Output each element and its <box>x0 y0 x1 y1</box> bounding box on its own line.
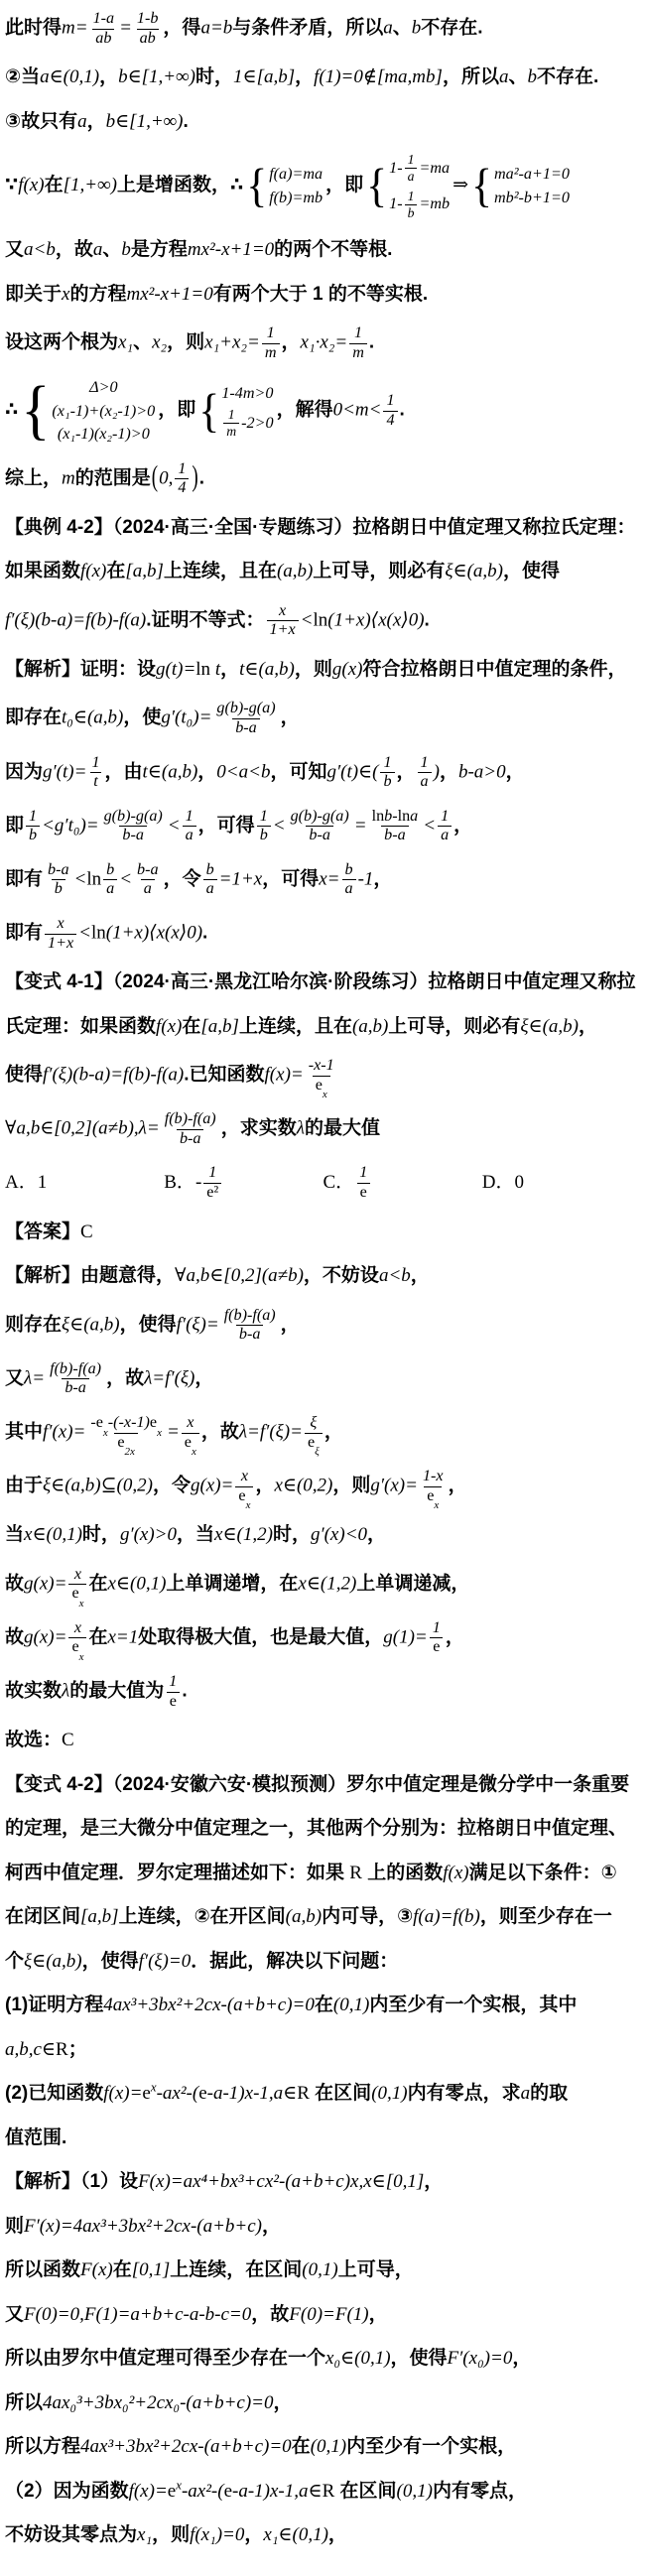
fraction-denominator: b-a <box>306 826 333 845</box>
text-run: 上可导， <box>338 2259 414 2280</box>
fraction-denominator: 4 <box>383 411 397 431</box>
fraction: 14 <box>383 392 397 430</box>
text-run: ， <box>197 761 216 782</box>
math-run: < <box>423 815 436 836</box>
problem-statement: 值范围. <box>5 2125 641 2153</box>
math-run: a <box>408 169 415 185</box>
math-run: F′(x)=4ax³+3bx²+2cx-(a+b+c) <box>24 2216 262 2237</box>
fraction-numerator: -x-1 <box>306 1057 337 1076</box>
text-run: 的定理，是三大微分中值定理之一，其他两个分别为：拉格朗日中值定理、 <box>5 1818 627 1839</box>
math-run: 1 <box>169 1673 177 1692</box>
cases-row: (x₁-1)+(x₂-1)>0 <box>52 402 155 421</box>
math-run: b <box>345 861 353 880</box>
math-run: < <box>74 868 87 889</box>
math-run: ξ∈(a,b)⊆(0,2) <box>43 1476 153 1496</box>
text-run: 所以 <box>5 2392 43 2413</box>
text-run: ∵ <box>5 175 18 195</box>
math-run: F(0)=0,F(1)=a+b+c-a-b-c=0 <box>24 2304 251 2325</box>
cases-group: {1-1a=ma1-1b=mb <box>366 152 450 220</box>
math-run: 1 <box>208 1164 216 1183</box>
text-run: 时， <box>195 66 233 87</box>
fraction-denominator: e <box>430 1637 443 1657</box>
text-run: . <box>184 111 189 132</box>
fraction-numerator: 1 <box>183 808 196 827</box>
text-run: 【典例 4-2】（2024·高三·全国·专题练习）拉格朗日中值定理又称拉氏定理： <box>5 517 636 538</box>
math-run: x <box>157 1427 162 1439</box>
math-run: g′(x)>0 <box>120 1524 177 1545</box>
solution-line: 不妨设其零点为x₁，则f(x₁)=0，x₁∈(0,1)， <box>5 2521 641 2550</box>
roman-run: e² <box>206 1184 218 1203</box>
fraction-denominator: ex <box>182 1433 199 1453</box>
fraction-numerator: 1 <box>257 808 271 827</box>
text-run: ，使得 <box>391 2348 448 2369</box>
math-run: =1+x <box>219 868 263 889</box>
math-run: b <box>527 66 537 87</box>
text-run: 当 <box>5 1524 24 1545</box>
problem-statement: (1)证明方程4ax³+3bx²+2cx-(a+b+c)=0在(0,1)内至少有… <box>5 1992 641 2020</box>
math-run: f(x) <box>80 561 106 581</box>
fraction: 1e <box>356 1164 370 1202</box>
fraction: 14 <box>175 460 189 498</box>
text-run: ， <box>449 1476 467 1496</box>
text-run: 在 <box>106 561 125 581</box>
math-run: [a,b] <box>80 1906 119 1927</box>
text-run: ， <box>367 1524 386 1545</box>
text-run: ， <box>281 1314 300 1335</box>
math-run: x₂ <box>152 332 167 353</box>
math-run: g′(t)∈( <box>326 761 378 782</box>
math-run: f′(ξ)= <box>177 1314 219 1335</box>
math-run: ∀a,b∈[0,2](a≠b),λ= <box>5 1118 160 1139</box>
math-run: x= <box>319 868 339 889</box>
math-run: 1 <box>441 808 449 827</box>
math-run: - <box>195 1169 201 1198</box>
math-run: x₁∈(0,1) <box>263 2524 328 2545</box>
fraction: b-ab <box>45 861 72 899</box>
problem-statement: 个ξ∈(a,b)，使得f′(ξ)=0．据此，解决以下问题： <box>5 1948 641 1977</box>
math-run: b <box>206 861 214 880</box>
text-run: 、 <box>393 17 412 38</box>
fraction-numerator: f(b)-f(a) <box>221 1307 279 1326</box>
text-run: 【变式 4-2】（2024·安徽六安·模拟预测）罗尔中值定理是微分学中一条重要 <box>5 1774 629 1795</box>
text-run: 内有零点， <box>433 2481 527 2502</box>
fraction-numerator: b <box>203 861 217 880</box>
fraction-numerator: b-a <box>45 861 72 880</box>
math-run: f(x)= <box>129 2481 168 2502</box>
cases-rows: 1-4m>01m-2>0 <box>221 384 273 440</box>
text-run: ； <box>68 2039 87 2060</box>
text-run: 又 <box>5 1367 24 1388</box>
math-run: a <box>410 808 418 827</box>
math-run: b <box>412 17 422 38</box>
math-run: a=b <box>200 17 232 38</box>
solution-line: 即关于x的方程mx²-x+1=0有两个大于 1 的不等实根. <box>5 281 641 310</box>
solution-line: 综上，m的范围是(0,14). <box>5 460 641 498</box>
fraction-numerator: g(b)-g(a) <box>213 700 278 718</box>
math-run: 1 <box>421 754 429 773</box>
math-run: g(1)= <box>383 1626 427 1647</box>
fraction: -x-1ex <box>306 1057 337 1095</box>
text-run: 则 <box>5 2216 24 2237</box>
math-run: 1+x <box>270 621 296 640</box>
math-run: a,b,c∈ <box>5 2039 56 2060</box>
solution-line: ∵f(x)在[1,+∞)上是增函数，∴{f(a)=maf(b)=mb，即{1-1… <box>5 152 641 220</box>
math-run: x <box>58 915 65 934</box>
cases-rows: 1-1a=ma1-1b=mb <box>389 152 450 220</box>
math-run: F(x)=ax⁴+bx³+cx²-(a+b+c)x,x∈[0,1] <box>138 2171 424 2192</box>
math-run: b-a>0 <box>458 761 506 782</box>
math-run: x₁·x₂= <box>301 332 348 353</box>
math-run: x <box>74 1619 81 1638</box>
cases-row: mb²-b+1=0 <box>494 189 570 207</box>
solution-line: 即1b<g′t₀)=g(b)-g(a)b-a<1a，可得1b<g(b)-g(a)… <box>5 808 641 845</box>
fraction-denominator: b <box>52 879 65 899</box>
fraction-denominator: 1+x <box>45 934 76 954</box>
fraction-numerator: ln b-ln a <box>369 808 422 827</box>
math-run: 4ax³+3bx²+2cx-(a+b+c)=0 <box>80 2436 292 2457</box>
math-run: 1 <box>186 808 194 827</box>
fraction: g(b)-g(a)b-a <box>288 808 352 845</box>
math-run: 4 <box>178 479 186 498</box>
fraction: ba <box>103 861 117 899</box>
cases-rows: ma²-a+1=0mb²-b+1=0 <box>494 165 570 207</box>
solution-line: 故实数λ的最大值为1e. <box>5 1673 641 1711</box>
fraction-numerator: 1 <box>88 754 102 773</box>
math-run: f(b)-f(a) <box>165 1110 216 1129</box>
fraction-numerator: g(b)-g(a) <box>288 808 352 827</box>
math-run: a <box>186 827 194 845</box>
text-run: 又 <box>5 239 24 260</box>
fraction-numerator: x <box>276 602 289 621</box>
math-run: m= <box>62 17 88 38</box>
text-run: ， <box>373 868 392 889</box>
text-run: ， <box>579 1016 597 1037</box>
math-run: ma²-a+1=0 <box>494 165 570 184</box>
fraction-denominator: m <box>262 343 280 363</box>
roman-run: C <box>80 1222 93 1242</box>
fraction-denominator: ab <box>137 29 159 49</box>
math-run: x∈(0,1) <box>24 1524 82 1545</box>
fraction-denominator: ex <box>424 1486 442 1506</box>
math-run: b <box>29 827 37 845</box>
math-run: b-a <box>180 1130 201 1149</box>
example-4-2-header: 【典例 4-2】（2024·高三·全国·专题练习）拉格朗日中值定理又称拉氏定理： <box>5 514 641 543</box>
text-run: ， <box>424 2171 443 2192</box>
fraction-numerator: x <box>71 1619 84 1638</box>
fraction-numerator: 1 <box>418 754 432 773</box>
math-run: m <box>265 344 277 363</box>
math-run: f(x₁)=0 <box>190 2524 244 2545</box>
solution-line: 即有x1+x<ln(1+x)⟨x(x⟩0). <box>5 915 641 953</box>
solution-line: 则F′(x)=4ax³+3bx²+2cx-(a+b+c)， <box>5 2213 641 2242</box>
fraction-numerator: 1 <box>26 808 40 827</box>
math-run: t <box>93 773 98 792</box>
text-run: ，则至少存在一 <box>480 1906 612 1927</box>
text-run: ②当 <box>5 66 40 87</box>
fraction-denominator: b-a <box>381 826 409 845</box>
text-run: 上连续，且在 <box>239 1016 352 1037</box>
fraction: g(b)-g(a)b-a <box>213 700 278 737</box>
option-D: D．0 <box>482 1169 641 1198</box>
text-run: 是方程 <box>131 239 188 260</box>
text-run: 符合拉格朗日中值定理的条件， <box>362 659 626 680</box>
text-run: 故 <box>5 1626 24 1647</box>
math-run: < <box>168 815 181 836</box>
fraction: f(b)-f(a)b-a <box>47 1360 104 1398</box>
text-run: 在闭区间 <box>5 1906 80 1927</box>
math-run: x₀∈(0,1) <box>325 2348 391 2369</box>
page: { "page": {"background": "#ffffff", "tex… <box>0 0 647 2576</box>
solution-line: 又F(0)=0,F(1)=a+b+c-a-b-c=0，故F(0)=F(1)， <box>5 2301 641 2330</box>
math-run: =ma <box>419 159 450 178</box>
math-run: 4ax₀³+3bx₀²+2cx₀-(a+b+c)=0 <box>43 2392 273 2413</box>
text-run: ，故 <box>201 1421 239 1442</box>
problem-statement: 如果函数f(x)在[a,b]上连续，且在(a,b)上可导，则必有ξ∈(a,b)，… <box>5 558 641 586</box>
math-run: λ=f′(ξ)= <box>239 1421 303 1442</box>
math-run: b∈[1,+∞) <box>106 111 184 132</box>
cases-group: {ma²-a+1=0mb²-b+1=0 <box>471 165 570 208</box>
fraction: 1a <box>418 754 432 792</box>
option-C: C．1e <box>323 1164 482 1202</box>
math-run: 1+x <box>48 935 73 954</box>
fraction: 1e <box>166 1673 180 1711</box>
fraction-numerator: 1 <box>264 324 278 343</box>
problem-statement: 使得f′(ξ)(b-a)=f(b)-f(a).已知函数f(x)=-x-1ex <box>5 1057 641 1095</box>
text-run: ，使 <box>123 708 161 728</box>
text-run: 的最大值为 <box>69 1681 164 1702</box>
text-run: 的范围是 <box>75 467 151 488</box>
solution-line: 即存在t₀∈(a,b)，使g′(t₀)=g(b)-g(a)b-a， <box>5 700 641 737</box>
math-run: g(b)-g(a) <box>291 808 349 827</box>
math-run: 0<m< <box>333 400 382 421</box>
math-run: x=1 <box>108 1626 139 1647</box>
math-run: 1 <box>267 324 275 343</box>
math-run: -1 <box>358 868 374 889</box>
text-run: 的最大值 <box>305 1118 380 1139</box>
fraction-numerator: x <box>55 915 67 934</box>
fraction-denominator: e2x <box>114 1433 138 1453</box>
fraction-denominator: ab <box>92 29 114 49</box>
solution-line: 故g(x)=xex在x=1处取得极大值，也是最大值，g(1)=1e， <box>5 1619 641 1657</box>
fraction-denominator: b <box>380 772 394 792</box>
math-run: t₀∈(a,b) <box>62 708 123 728</box>
fraction-denominator: a <box>203 879 217 899</box>
math-run: 1-x <box>423 1468 444 1486</box>
math-run: b-a <box>137 861 159 880</box>
math-run: 1 <box>408 152 415 168</box>
cases-row: (x₁-1)(x₂-1)>0 <box>58 425 150 444</box>
solution-line: 故g(x)=xex在x∈(0,1)上单调递增，在x∈(1,2)上单调递减， <box>5 1566 641 1604</box>
text-run: ，可得 <box>262 868 319 889</box>
text-run: 上连续，且在 <box>164 561 277 581</box>
text-run: 在 <box>45 175 64 195</box>
roman-run: ln <box>195 659 215 680</box>
fraction: 1-xex <box>420 1468 447 1505</box>
text-run: 有两个大于 1 的不等实根. <box>213 284 428 305</box>
fraction-denominator: a <box>103 879 117 899</box>
math-run: 4ax³+3bx²+2cx-(a+b+c)=0 <box>103 1995 315 2015</box>
math-run: ξ∈(a,b) <box>62 1314 120 1335</box>
roman-run: e <box>71 1585 78 1604</box>
fraction: xex <box>182 1414 199 1452</box>
math-run: a <box>93 239 103 260</box>
text-run: 、 <box>133 332 152 353</box>
fraction: 1a <box>405 152 418 185</box>
math-run: ⇒ <box>453 175 468 195</box>
fraction: 1-aab <box>90 10 118 48</box>
text-run: ，求实数 <box>221 1118 297 1139</box>
fraction-numerator: x <box>238 1468 251 1486</box>
left-brace: { <box>198 387 219 435</box>
text-run: 所以函数 <box>5 2259 80 2280</box>
math-run: a <box>144 880 152 899</box>
solution-line: 【解析】由题意得，∀a,b∈[0,2](a≠b)，不妨设a<b， <box>5 1262 641 1291</box>
text-run: 时， <box>82 1524 120 1545</box>
text-run: 内至少有一个实根，其中 <box>369 1995 577 2015</box>
math-run: -2>0 <box>241 414 273 433</box>
math-run: λ <box>62 1681 69 1702</box>
text-run: . <box>425 609 430 630</box>
text-run: ，则 <box>332 1476 370 1496</box>
math-run: ξ <box>315 1446 320 1458</box>
fraction-numerator: 1-a <box>90 10 118 29</box>
math-run: g′(x)<0 <box>311 1524 367 1545</box>
text-run: ， <box>244 2524 263 2545</box>
problem-statement: 柯西中值定理．罗尔定理描述如下：如果 R 上的函数f(x)满足以下条件：① <box>5 1860 641 1888</box>
solution-line: 又a<b，故a、b是方程mx²-x+1=0的两个不等根. <box>5 236 641 265</box>
text-run: 上的函数 <box>362 1863 443 1883</box>
roman-run: ln <box>398 808 411 827</box>
text-run: 在 <box>88 1626 107 1647</box>
math-run: b-a <box>48 861 69 880</box>
option-B: B．-1e² <box>164 1164 323 1202</box>
math-run: =mb <box>419 194 450 213</box>
fraction: ln b-ln ab-a <box>369 808 422 845</box>
fraction: xex <box>68 1566 86 1604</box>
text-run: ，所以 <box>443 66 499 87</box>
text-run: 即有 <box>5 922 43 943</box>
text-run: 与条件矛盾，所以 <box>232 17 383 38</box>
fraction: 1t <box>88 754 102 792</box>
math-run: 1 <box>29 808 37 827</box>
math-run: f(x) <box>156 1016 182 1037</box>
fraction-denominator: e² <box>203 1183 221 1203</box>
roman-run: e <box>71 1638 78 1657</box>
solution-line: 此时得m=1-aab=1-bab，得a=b与条件矛盾，所以a、b不存在. <box>5 10 641 48</box>
math-run: b- <box>384 808 397 827</box>
math-run: 1 <box>260 808 268 827</box>
problem-statement: 氏定理：如果函数f(x)在[a,b]上连续，且在(a,b)上可导，则必有ξ∈(a… <box>5 1013 641 1042</box>
math-run: [1,+∞) <box>64 175 117 195</box>
solution-line: 由于ξ∈(a,b)⊆(0,2)，令g(x)=xex，x∈(0,2)，则g′(x)… <box>5 1468 641 1505</box>
text-run: ，解得 <box>277 400 333 421</box>
math-run: (0,1) <box>302 2259 337 2280</box>
solution-line: 即有b-ab<lnba<b-aa，令ba=1+x，可得x=ba-1， <box>5 861 641 899</box>
math-run: x∈(0,1) <box>108 1573 167 1594</box>
math-run: 2x <box>125 1446 135 1458</box>
text-run: . <box>400 400 405 421</box>
math-run: f(b)-f(a) <box>50 1360 101 1379</box>
fraction: 1a <box>183 808 196 845</box>
text-run: 的两个不等根. <box>274 239 392 260</box>
math-run: b-a <box>309 827 330 845</box>
text-run: 处取得极大值，也是最大值， <box>138 1626 383 1647</box>
math-run: mx²-x+1=0 <box>126 284 212 305</box>
math-run: f(x)= <box>265 1065 304 1086</box>
text-run: ， <box>255 1476 274 1496</box>
math-run: (1+x)⟨x(x⟩0) <box>106 922 202 943</box>
math-run: F(0)=F(1) <box>289 2304 368 2325</box>
fraction-denominator: b-a <box>62 1378 89 1398</box>
text-run: 在区间 <box>310 2083 371 2104</box>
math-run: (1+x)⟨x(x⟩0) <box>327 609 424 630</box>
text-run: ，使得 <box>120 1314 177 1335</box>
math-run: = <box>167 1421 180 1442</box>
text-run: 上连续，在区间 <box>170 2259 302 2280</box>
fraction: 1a <box>438 808 452 845</box>
math-run: x <box>279 602 286 621</box>
math-run: a <box>106 880 114 899</box>
math-run: m <box>226 424 236 440</box>
text-run: . <box>202 922 207 943</box>
variant-4-2-header: 【变式 4-2】（2024·安徽六安·模拟预测）罗尔中值定理是微分学中一条重要 <box>5 1771 641 1800</box>
document-body: 此时得m=1-aab=1-bab，得a=b与条件矛盾，所以a、b不存在.②当a∈… <box>0 0 647 2576</box>
fraction-numerator: 1 <box>405 152 418 168</box>
cases-row: f(b)=mb <box>269 189 323 207</box>
fraction-denominator: a <box>183 826 196 845</box>
math-run: b-a <box>384 827 406 845</box>
roman-run: e <box>142 2083 150 2104</box>
math-run: ∀a,b∈[0,2](a≠b) <box>175 1265 304 1286</box>
text-run: ， <box>411 1265 430 1286</box>
math-run: g(b)-g(a) <box>216 700 275 718</box>
answer-line: 【答案】C <box>5 1219 641 1247</box>
solution-line: 所以函数F(x)在[0,1]上连续，在区间(0,1)上可导， <box>5 2256 641 2285</box>
math-run: x₁ <box>137 2524 152 2545</box>
problem-statement: (2)已知函数f(x)=ex-ax²-(e-a-1)x-1,a∈R 在区间(0,… <box>5 2080 641 2109</box>
math-run: < <box>78 922 91 943</box>
cases-group: {1-4m>01m-2>0 <box>198 384 273 440</box>
fraction-numerator: 1 <box>356 1164 370 1183</box>
fraction-denominator: e <box>357 1183 370 1203</box>
math-run: x <box>246 1499 251 1511</box>
math-run: 1 <box>433 1619 441 1638</box>
roman-run: e <box>316 1077 323 1095</box>
fraction: ξeξ <box>305 1414 323 1452</box>
fraction-denominator: b <box>26 826 40 845</box>
solution-line: 又λ=f(b)-f(a)b-a，故λ=f′(ξ)， <box>5 1360 641 1398</box>
text-run: 上可导，则必有 <box>313 561 445 581</box>
fraction-denominator: a <box>141 879 155 899</box>
fraction-numerator: 1 <box>383 392 397 411</box>
text-run: ， <box>87 111 106 132</box>
text-run: 上单调递减， <box>356 1573 469 1594</box>
text-run: ，使得 <box>82 1951 139 1972</box>
problem-statement: a,b,c∈R； <box>5 2036 641 2065</box>
text-run: (1)证明方程 <box>5 1995 103 2015</box>
fraction-numerator: x <box>184 1414 196 1433</box>
math-run: m <box>62 467 75 488</box>
text-run: 不存在. <box>537 66 598 87</box>
fraction-numerator: 1 <box>166 1673 180 1692</box>
roman-run: e <box>117 1434 124 1453</box>
cases-row: 1-4m>0 <box>221 384 273 403</box>
math-run: x <box>187 1414 194 1433</box>
text-run: 所以方程 <box>5 2436 80 2457</box>
math-run: ab <box>95 30 111 49</box>
math-run: b-a <box>235 719 257 738</box>
math-run: a <box>345 880 353 899</box>
